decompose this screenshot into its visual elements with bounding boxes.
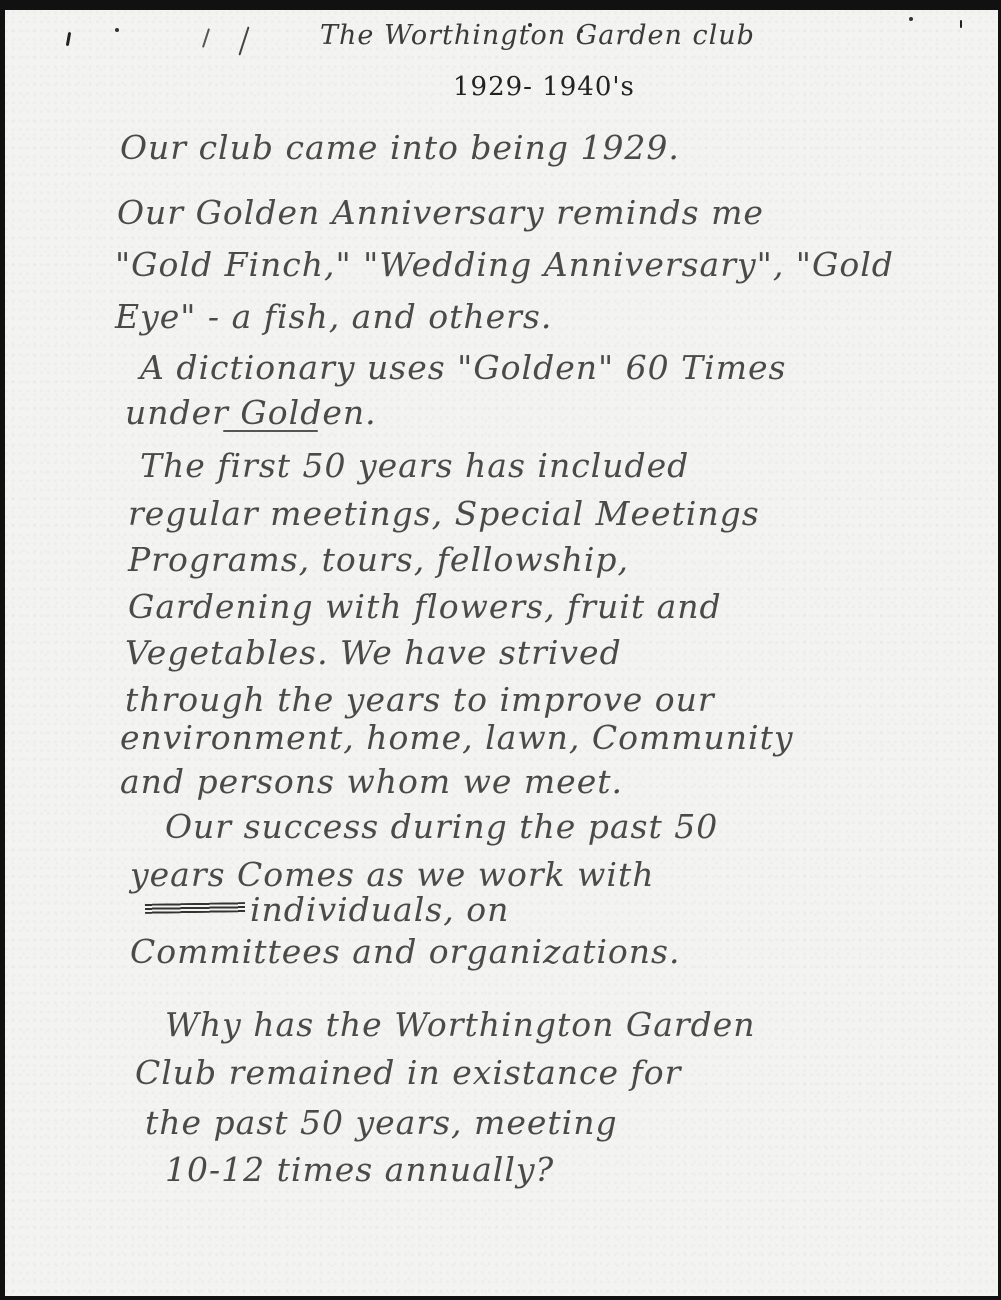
text-line: Programs, tours, fellowship, [128, 540, 629, 579]
crossed-out-word [145, 902, 245, 914]
text-line: A dictionary uses "Golden" 60 Times [140, 348, 786, 387]
text-line: Gardening with flowers, fruit and [128, 587, 722, 626]
text-line: Vegetables. We have strived [125, 633, 622, 672]
text-line: individuals, on [250, 890, 509, 929]
text-line: The first 50 years has included [140, 446, 689, 485]
pen-mark [238, 26, 249, 55]
text-line: Eye" - a fish, and others. [115, 297, 552, 336]
pen-mark [66, 32, 71, 46]
text-line: the past 50 years, meeting [145, 1103, 618, 1142]
pen-dot [115, 28, 119, 32]
text-line: Our success during the past 50 [165, 807, 718, 846]
golden-underline [223, 430, 318, 432]
text-line: "Gold Finch," "Wedding Anniversary", "Go… [115, 245, 894, 284]
text-line: environment, home, lawn, Community [120, 718, 794, 757]
text-line: regular meetings, Special Meetings [128, 494, 760, 533]
pen-mark [960, 20, 962, 28]
text-line: and persons whom we meet. [120, 762, 623, 801]
text-line: years Comes as we work with [130, 855, 654, 894]
text-line: Club remained in existance for [135, 1053, 681, 1092]
pen-mark [202, 28, 210, 48]
text-line: Our club came into being 1929. [120, 128, 680, 167]
text-line: Committees and organizations. [130, 932, 680, 971]
document-years: 1929- 1940's [453, 72, 635, 102]
handwritten-page: The Worthington Garden club 1929- 1940's… [5, 10, 998, 1296]
text-line: Why has the Worthington Garden [165, 1005, 756, 1044]
pen-dot [909, 17, 913, 21]
text-line: 10-12 times annually? [165, 1150, 554, 1189]
document-title: The Worthington Garden club [320, 20, 755, 51]
text-line: under Golden. [125, 393, 377, 432]
text-line: through the years to improve our [125, 680, 715, 719]
text-line: Our Golden Anniversary reminds me [117, 193, 764, 232]
